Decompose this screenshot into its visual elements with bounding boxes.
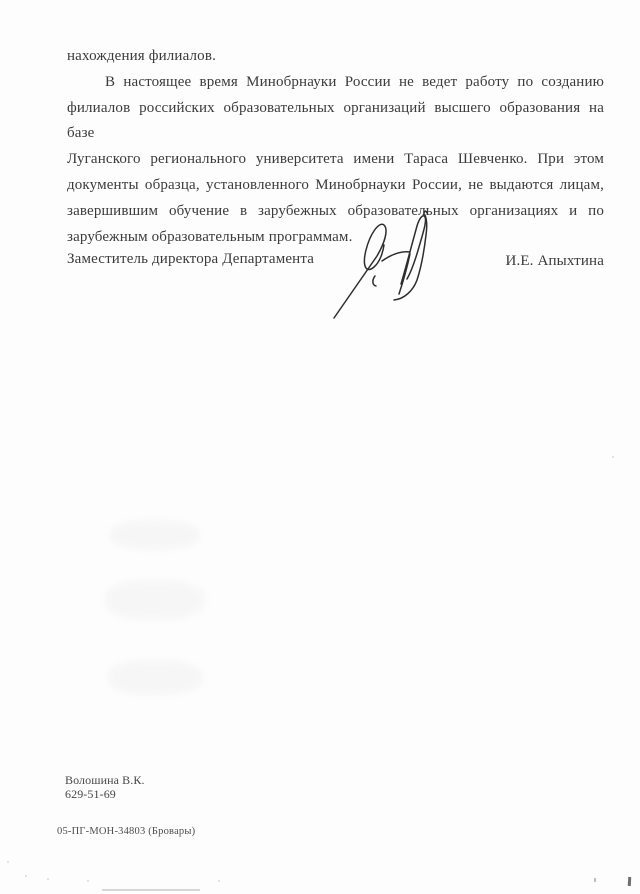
- paragraph-line: В настоящее время Минобрнауки России не …: [67, 70, 604, 96]
- scan-bleedthrough-smudge: [108, 660, 203, 695]
- executor-phone: 629-51-69: [65, 788, 145, 802]
- handwritten-signature-icon: [322, 208, 452, 328]
- scan-edge-line: [102, 889, 200, 891]
- scan-speckle: [218, 880, 220, 882]
- scan-speckle: [612, 456, 614, 458]
- paragraph-line: документы образца, установленного Минобр…: [67, 173, 604, 199]
- paragraph-line: филиалов российских образовательных орга…: [67, 96, 604, 148]
- signer-name: И.Е. Апыхтина: [505, 253, 604, 270]
- executor-name: Волошина В.К.: [65, 774, 145, 788]
- executor-info: Волошина В.К. 629-51-69: [65, 774, 145, 801]
- registration-code: 05-ПГ-МОН-34803 (Бровары): [57, 826, 195, 837]
- scanned-letter-page: нахождения филиалов. В настоящее время М…: [0, 0, 640, 894]
- scan-corner-mark-faint: [594, 878, 596, 882]
- paragraph-line: Луганского регионального университета им…: [67, 147, 604, 173]
- scan-bleedthrough-smudge: [110, 520, 200, 550]
- scan-speckle: [7, 861, 9, 863]
- paragraph-end-line: нахождения филиалов.: [67, 44, 604, 70]
- signer-position-title: Заместитель директора Департамента: [67, 251, 314, 268]
- scan-speckle: [25, 875, 27, 877]
- scan-bleedthrough-smudge: [105, 580, 205, 620]
- scan-speckle: [47, 878, 49, 880]
- scan-corner-mark: [628, 877, 631, 886]
- scan-speckle: [87, 880, 89, 882]
